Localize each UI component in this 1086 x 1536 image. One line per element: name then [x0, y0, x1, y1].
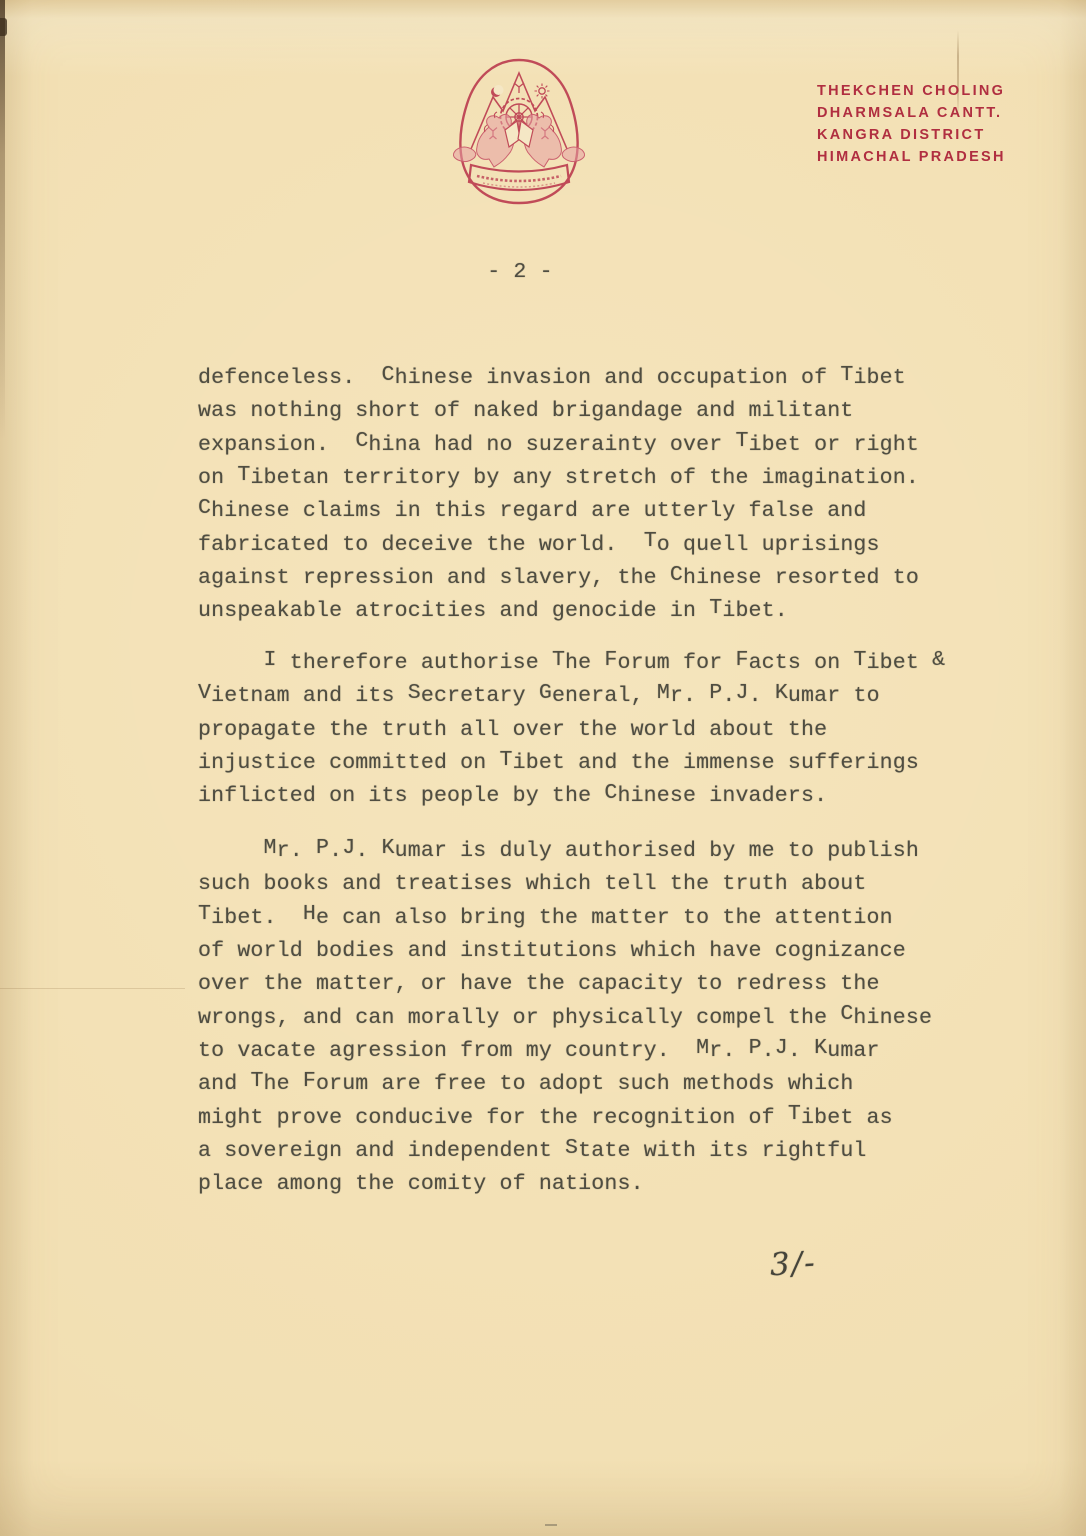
paper-crease — [0, 988, 185, 989]
paragraph: defenceless. Chinese invasion and occupa… — [198, 362, 980, 629]
typed-line: was nothing short of naked brigandage an… — [198, 395, 980, 428]
letterhead-line: KANGRA DISTRICT — [817, 124, 1006, 146]
typed-line: such books and treatises which tell the … — [198, 868, 980, 901]
typed-line: of world bodies and institutions which h… — [198, 935, 980, 968]
tibetan-national-emblem-icon — [437, 55, 601, 207]
scan-artifact — [545, 1524, 557, 1526]
scan-edge-shadow — [0, 0, 5, 440]
paragraph: I therefore authorise The Forum for Fact… — [198, 647, 980, 814]
scan-corner-mark — [0, 18, 7, 36]
typed-line: expansion. China had no suzerainty over … — [198, 429, 980, 462]
typed-line: and The Forum are free to adopt such met… — [198, 1068, 980, 1101]
typed-line: Tibet. He can also bring the matter to t… — [198, 902, 980, 935]
paragraph: Mr. P.J. Kumar is duly authorised by me … — [198, 835, 980, 1202]
page-number: - 2 - — [440, 256, 600, 289]
typed-line: Vietnam and its Secretary General, Mr. P… — [198, 680, 980, 713]
typed-line: inflicted on its people by the Chinese i… — [198, 780, 980, 813]
typed-line: unspeakable atrocities and genocide in T… — [198, 595, 980, 628]
letterhead-line: HIMACHAL PRADESH — [817, 146, 1006, 168]
typed-line: wrongs, and can morally or physically co… — [198, 1002, 980, 1035]
typed-line: injustice committed on Tibet and the imm… — [198, 747, 980, 780]
letterhead-line: DHARMSALA CANTT. — [817, 102, 1006, 124]
typed-line: fabricated to deceive the world. To quel… — [198, 529, 980, 562]
typed-line: over the matter, or have the capacity to… — [198, 968, 980, 1001]
typed-line: might prove conducive for the recognitio… — [198, 1102, 980, 1135]
typed-line: defenceless. Chinese invasion and occupa… — [198, 362, 980, 395]
typed-line: Mr. P.J. Kumar is duly authorised by me … — [198, 835, 980, 868]
typed-line: to vacate agression from my country. Mr.… — [198, 1035, 980, 1068]
handwritten-page-reference-mark: 3/- — [769, 1245, 817, 1283]
scanned-letter-page: THEKCHEN CHOLING DHARMSALA CANTT. KANGRA… — [0, 0, 1086, 1536]
typed-line: a sovereign and independent State with i… — [198, 1135, 980, 1168]
typed-line: Chinese claims in this regard are utterl… — [198, 495, 980, 528]
typed-line: on Tibetan territory by any stretch of t… — [198, 462, 980, 495]
typed-line: I therefore authorise The Forum for Fact… — [198, 647, 980, 680]
letterhead-line: THEKCHEN CHOLING — [817, 80, 1006, 102]
typed-line: against repression and slavery, the Chin… — [198, 562, 980, 595]
letterhead-address: THEKCHEN CHOLING DHARMSALA CANTT. KANGRA… — [817, 80, 1006, 168]
typed-line: propagate the truth all over the world a… — [198, 714, 980, 747]
typed-line: place among the comity of nations. — [198, 1168, 980, 1201]
